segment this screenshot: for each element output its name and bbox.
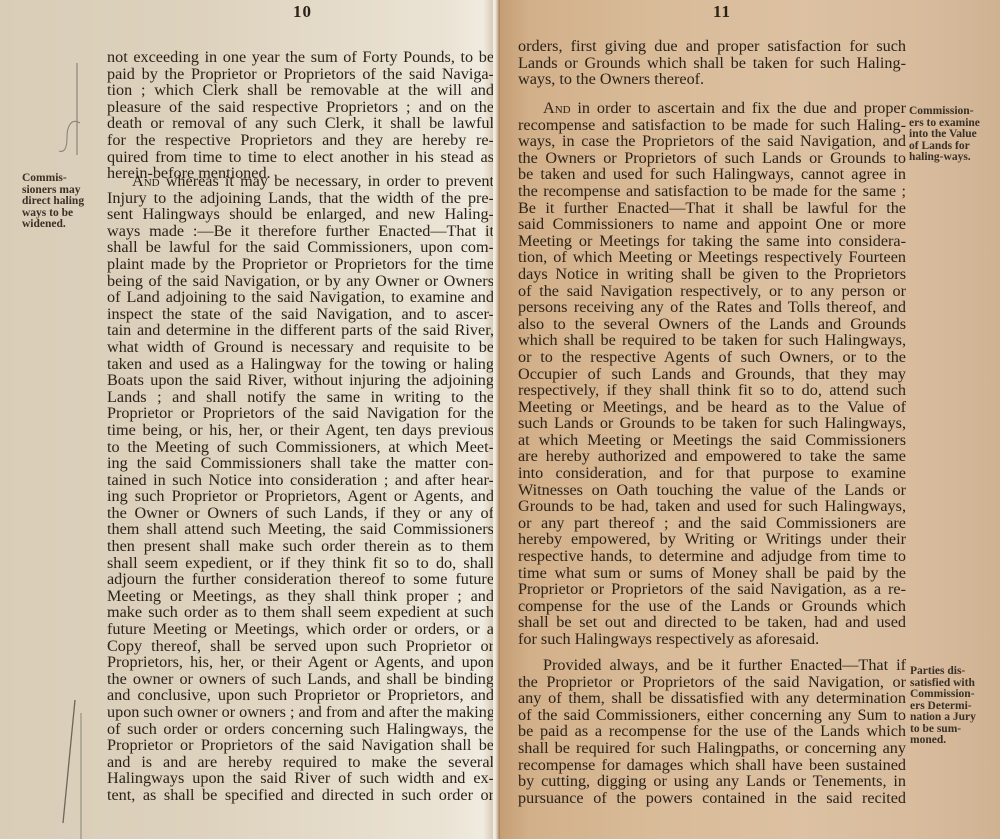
- text-line: any of them, shall be dissatisfied with …: [518, 690, 906, 707]
- text-line: be paid as a recompense for the use of t…: [518, 723, 906, 740]
- note-line: moned.: [910, 735, 976, 747]
- text-line: or any part thereof ; and the said Commi…: [518, 515, 906, 532]
- paragraph-orders: orders, first giving due and proper sati…: [518, 38, 906, 88]
- text-line: pursuance of the powers contained in the…: [518, 790, 906, 807]
- note-line: into the Value: [909, 129, 980, 141]
- note-line: Commission-: [909, 106, 980, 118]
- text-line: And in order to ascertain and fix the du…: [518, 100, 906, 117]
- text-line: also to the several Owners of the Lands …: [518, 316, 906, 333]
- text-line: or to the respective Agents of such Owne…: [518, 349, 906, 366]
- text-line: by cutting, digging or using any Lands o…: [518, 773, 906, 790]
- text-line: for such Halingways respectively as afor…: [518, 631, 906, 648]
- text-segment: in order to ascertain and fix the due an…: [571, 99, 906, 117]
- text-line: the Proprietor or Proprietors of the sai…: [518, 674, 906, 691]
- marginal-note-jury: Parties dis- satisfied with Commission- …: [910, 666, 976, 747]
- text-line: Be it further Enacted—That it shall be l…: [518, 200, 906, 217]
- note-line: Parties dis-: [910, 666, 976, 678]
- text-line: shall be set out and directed to be take…: [518, 614, 906, 631]
- text-line: time what sum or sums of Money shall be …: [518, 565, 906, 582]
- text-line: hereby empowered, by Writing or Writings…: [518, 531, 906, 548]
- text-line: be taken and used for such Halingways, c…: [518, 166, 906, 183]
- text-line: respective hands, to determine and adjud…: [518, 548, 906, 565]
- text-line: of the said Navigation respectively, or …: [518, 283, 906, 300]
- text-line: at which Meeting or Meetings the said Co…: [518, 432, 906, 449]
- page-number-11: 11: [713, 2, 731, 22]
- text-line: compense for the use of the Lands or Gro…: [518, 598, 906, 615]
- text-line: tion, of which Meeting or Meetings respe…: [518, 249, 906, 266]
- text-line: the Owners or Proprietors of such Lands …: [518, 150, 906, 167]
- text-line: recompense and satisfaction to be made f…: [518, 117, 906, 134]
- text-line: the recompense and satisfaction to be ma…: [518, 183, 906, 200]
- text-line: Provided always, and be it further Enact…: [518, 657, 906, 674]
- note-line: haling-ways.: [909, 152, 980, 164]
- note-line: nation a Jury: [910, 712, 976, 724]
- text-line: Meeting or Meetings, and be heard as to …: [518, 399, 906, 416]
- text-line: of the said Commissioners, either concer…: [518, 707, 906, 724]
- paragraph-and-in-order: And in order to ascertain and fix the du…: [518, 100, 906, 648]
- text-line: days Notice in writing shall be given to…: [518, 266, 906, 283]
- text-line: Proprietor or Proprietors of the said Na…: [518, 581, 906, 598]
- text-line: such Lands or Grounds to be taken for su…: [518, 415, 906, 432]
- text-line: Meeting or Meetings for taking the same …: [518, 233, 906, 250]
- text-line: into consideration, and for that purpose…: [518, 465, 906, 482]
- text-line: orders, first giving due and proper sati…: [518, 38, 906, 55]
- note-line: Commission-: [910, 689, 976, 701]
- text-line: respectively, if they shall think fit so…: [518, 382, 906, 399]
- text-line: ways, to the Owners thereof.: [518, 71, 906, 88]
- text-line: Occupier of such Lands and Grounds, that…: [518, 366, 906, 383]
- text-line: which shall be required to be taken for …: [518, 332, 906, 349]
- text-line: ways, in case the Proprietors of the sai…: [518, 133, 906, 150]
- paragraph-provided-always: Provided always, and be it further Enact…: [518, 657, 906, 806]
- small-caps-lead: And: [543, 99, 571, 117]
- text-line: persons receiving any of the Rates and T…: [518, 299, 906, 316]
- marginal-note-examine-value: Commission- ers to examine into the Valu…: [909, 106, 980, 164]
- text-line: Lands or Grounds which shall be taken fo…: [518, 55, 906, 72]
- text-line: recompense for damages which shall have …: [518, 757, 906, 774]
- text-line: said Commissioners to name and appoint O…: [518, 216, 906, 233]
- text-line: Grounds to be had, taken and used for su…: [518, 498, 906, 515]
- right-page: 11 orders, first giving due and proper s…: [0, 0, 1000, 839]
- text-line: Witnesses on Oath touching the value of …: [518, 482, 906, 499]
- text-line: shall be required for such Halingpaths, …: [518, 740, 906, 757]
- text-line: are hereby authorized and empowered to t…: [518, 448, 906, 465]
